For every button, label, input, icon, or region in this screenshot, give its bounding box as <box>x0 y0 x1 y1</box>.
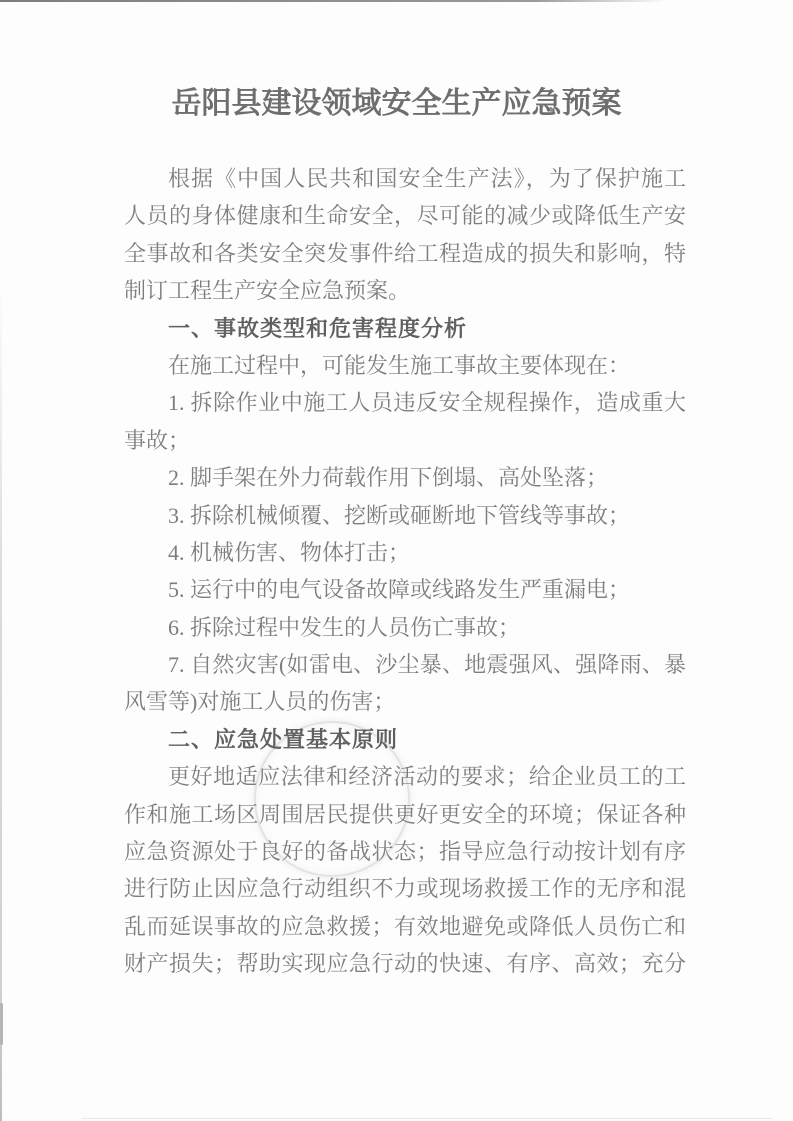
doc-text-line: 在施工过程中，可能发生施工事故主要体现在： <box>124 347 686 384</box>
doc-text-line: 事故； <box>124 422 686 459</box>
doc-text-line: 5. 运行中的电气设备故障或线路发生严重漏电； <box>124 571 686 608</box>
scan-edge-left-mark <box>0 1003 3 1045</box>
doc-text-line: 财产损失；帮助实现应急行动的快速、有序、高效；充分 <box>124 945 686 982</box>
doc-text-line: 根据《中国人民共和国安全生产法》，为了保护施工 <box>124 160 686 197</box>
doc-text-line: 7. 自然灾害(如雷电、沙尘暴、地震强风、强降雨、暴 <box>124 646 686 683</box>
doc-text-line: 进行防止因应急行动组织不力或现场救援工作的无序和混 <box>124 870 686 907</box>
doc-heading-line: 二、应急处置基本原则 <box>124 721 686 758</box>
doc-text-line: 1. 拆除作业中施工人员违反安全规程操作，造成重大 <box>124 384 686 421</box>
doc-text-line: 作和施工场区周围居民提供更好更安全的环境；保证各种 <box>124 796 686 833</box>
scanned-document-page: 岳阳县建设领域安全生产应急预案 根据《中国人民共和国安全生产法》，为了保护施工人… <box>0 0 793 1121</box>
scan-edge-bottom <box>82 1118 772 1119</box>
doc-text-line: 2. 脚手架在外力荷载作用下倒塌、高处坠落； <box>124 459 686 496</box>
doc-text-line: 更好地适应法律和经济活动的要求；给企业员工的工 <box>124 758 686 795</box>
doc-text-line: 全事故和各类安全突发事件给工程造成的损失和影响，特 <box>124 235 686 272</box>
document-lines: 根据《中国人民共和国安全生产法》，为了保护施工人员的身体健康和生命安全，尽可能的… <box>124 160 686 983</box>
doc-text-line: 3. 拆除机械倾覆、挖断或砸断地下管线等事故； <box>124 497 686 534</box>
doc-text-line: 人员的身体健康和生命安全，尽可能的减少或降低生产安 <box>124 197 686 234</box>
document-title: 岳阳县建设领域安全生产应急预案 <box>0 78 793 122</box>
doc-text-line: 制订工程生产安全应急预案。 <box>124 272 686 309</box>
doc-text-line: 乱而延误事故的应急救援；有效地避免或降低人员伤亡和 <box>124 908 686 945</box>
doc-text-line: 风雪等)对施工人员的伤害； <box>124 683 686 720</box>
doc-text-line: 应急资源处于良好的备战状态；指导应急行动按计划有序 <box>124 833 686 870</box>
scan-edge-left <box>0 280 2 1121</box>
doc-heading-line: 一、事故类型和危害程度分析 <box>124 310 686 347</box>
doc-text-line: 4. 机械伤害、物体打击； <box>124 534 686 571</box>
doc-text-line: 6. 拆除过程中发生的人员伤亡事故； <box>124 609 686 646</box>
scan-edge-top <box>0 0 668 2</box>
